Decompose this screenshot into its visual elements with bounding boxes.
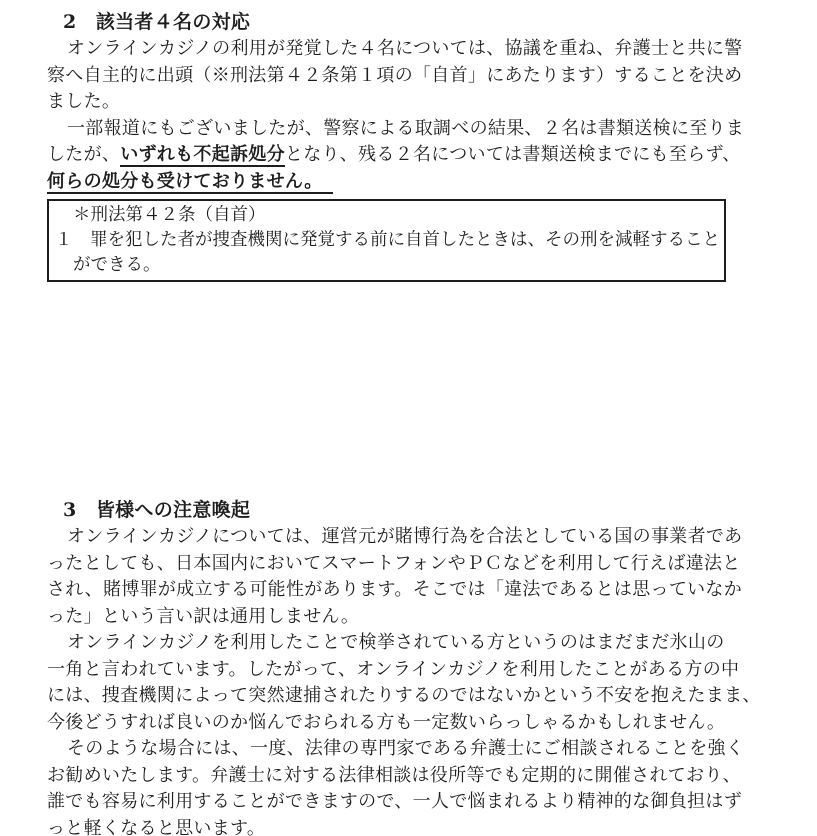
paragraph-line: 一角と言われています。したがって、オンラインカジノを利用したことがある方の中 — [47, 657, 742, 684]
paragraph-text: となり、残る２名については書類送検までにも至らず、 — [285, 144, 741, 165]
emphasized-underlined-text: いずれも不起訴処分 — [120, 144, 285, 167]
paragraph-line: っと軽くなると思います。 — [47, 816, 742, 836]
law-box-item-line: ができる。 — [49, 253, 724, 278]
paragraph-line: オンラインカジノの利用が発覚した４名については、協議を重ね、弁護士と共に警 — [47, 36, 742, 63]
paragraph-line: オンラインカジノについては、運営元が賭博行為を合法としている国の事業者であ — [47, 524, 742, 551]
document-content: 2 該当者４名の対応 オンラインカジノの利用が発覚した４名については、協議を重ね… — [47, 8, 742, 836]
blank-space — [47, 282, 742, 496]
paragraph-line: 今後どうすれば良いのか悩んでおられる方も一定数いらっしゃるかもしれません。 — [47, 710, 742, 737]
paragraph-line: 何らの処分も受けておりません。 — [47, 169, 742, 196]
section-2-paragraph-1: オンラインカジノの利用が発覚した４名については、協議を重ね、弁護士と共に警 察へ… — [47, 36, 742, 116]
paragraph-line: ました。 — [47, 89, 742, 116]
paragraph-line: 誰でも容易に利用することができますので、一人で悩まれるより精神的な御負担はず — [47, 789, 742, 816]
section-3-paragraph-3: そのような場合には、一度、法律の専門家である弁護士にご相談されることを強く お勧… — [47, 736, 742, 836]
law-note-box: ＊刑法第４２条（自首） １ 罪を犯した者が捜査機関に発覚する前に自首したときは、… — [47, 199, 726, 282]
paragraph-line: オンラインカジノを利用したことで検挙されている方というのはまだまだ氷山の — [47, 630, 742, 657]
document-page: 2 該当者４名の対応 オンラインカジノの利用が発覚した４名については、協議を重ね… — [0, 0, 817, 836]
section-2-heading: 2 該当者４名の対応 — [47, 8, 742, 36]
paragraph-line: 察へ自主的に出頭（※刑法第４２条第１項の「自首」にあたります）することを決め — [47, 63, 742, 90]
paragraph-line: には、捜査機関によって突然逮捕されたりするのではないかという不安を抱えたまま、 — [47, 683, 742, 710]
paragraph-line: 一部報道にもございましたが、警察による取調べの結果、２名は書類送検に至りま — [47, 116, 742, 143]
section-3-heading: 3 皆様への注意喚起 — [47, 496, 742, 524]
paragraph-text: したが、 — [47, 144, 120, 165]
paragraph-line: ったとしても、日本国内においてスマートフォンやＰＣなどを利用して行えば違法と — [47, 551, 742, 578]
section-3-paragraph-1: オンラインカジノについては、運営元が賭博行為を合法としている国の事業者であ った… — [47, 524, 742, 630]
paragraph-line: った」という言い訳は通用しません。 — [47, 604, 742, 631]
emphasized-underlined-text: 何らの処分も受けておりません。 — [47, 171, 333, 194]
section-3-paragraph-2: オンラインカジノを利用したことで検挙されている方というのはまだまだ氷山の 一角と… — [47, 630, 742, 736]
section-2-paragraph-2: 一部報道にもございましたが、警察による取調べの結果、２名は書類送検に至りま した… — [47, 116, 742, 196]
law-box-title: ＊刑法第４２条（自首） — [49, 203, 724, 228]
paragraph-line: され、賭博罪が成立する可能性があります。そこでは「違法であるとは思っていなか — [47, 577, 742, 604]
law-box-item-line: １ 罪を犯した者が捜査機関に発覚する前に自首したときは、その刑を減軽すること — [49, 228, 724, 253]
paragraph-line: お勧めいたします。弁護士に対する法律相談は役所等でも定期的に開催されており、 — [47, 763, 742, 790]
paragraph-line: そのような場合には、一度、法律の専門家である弁護士にご相談されることを強く — [47, 736, 742, 763]
paragraph-line: したが、いずれも不起訴処分となり、残る２名については書類送検までにも至らず、 — [47, 142, 742, 169]
